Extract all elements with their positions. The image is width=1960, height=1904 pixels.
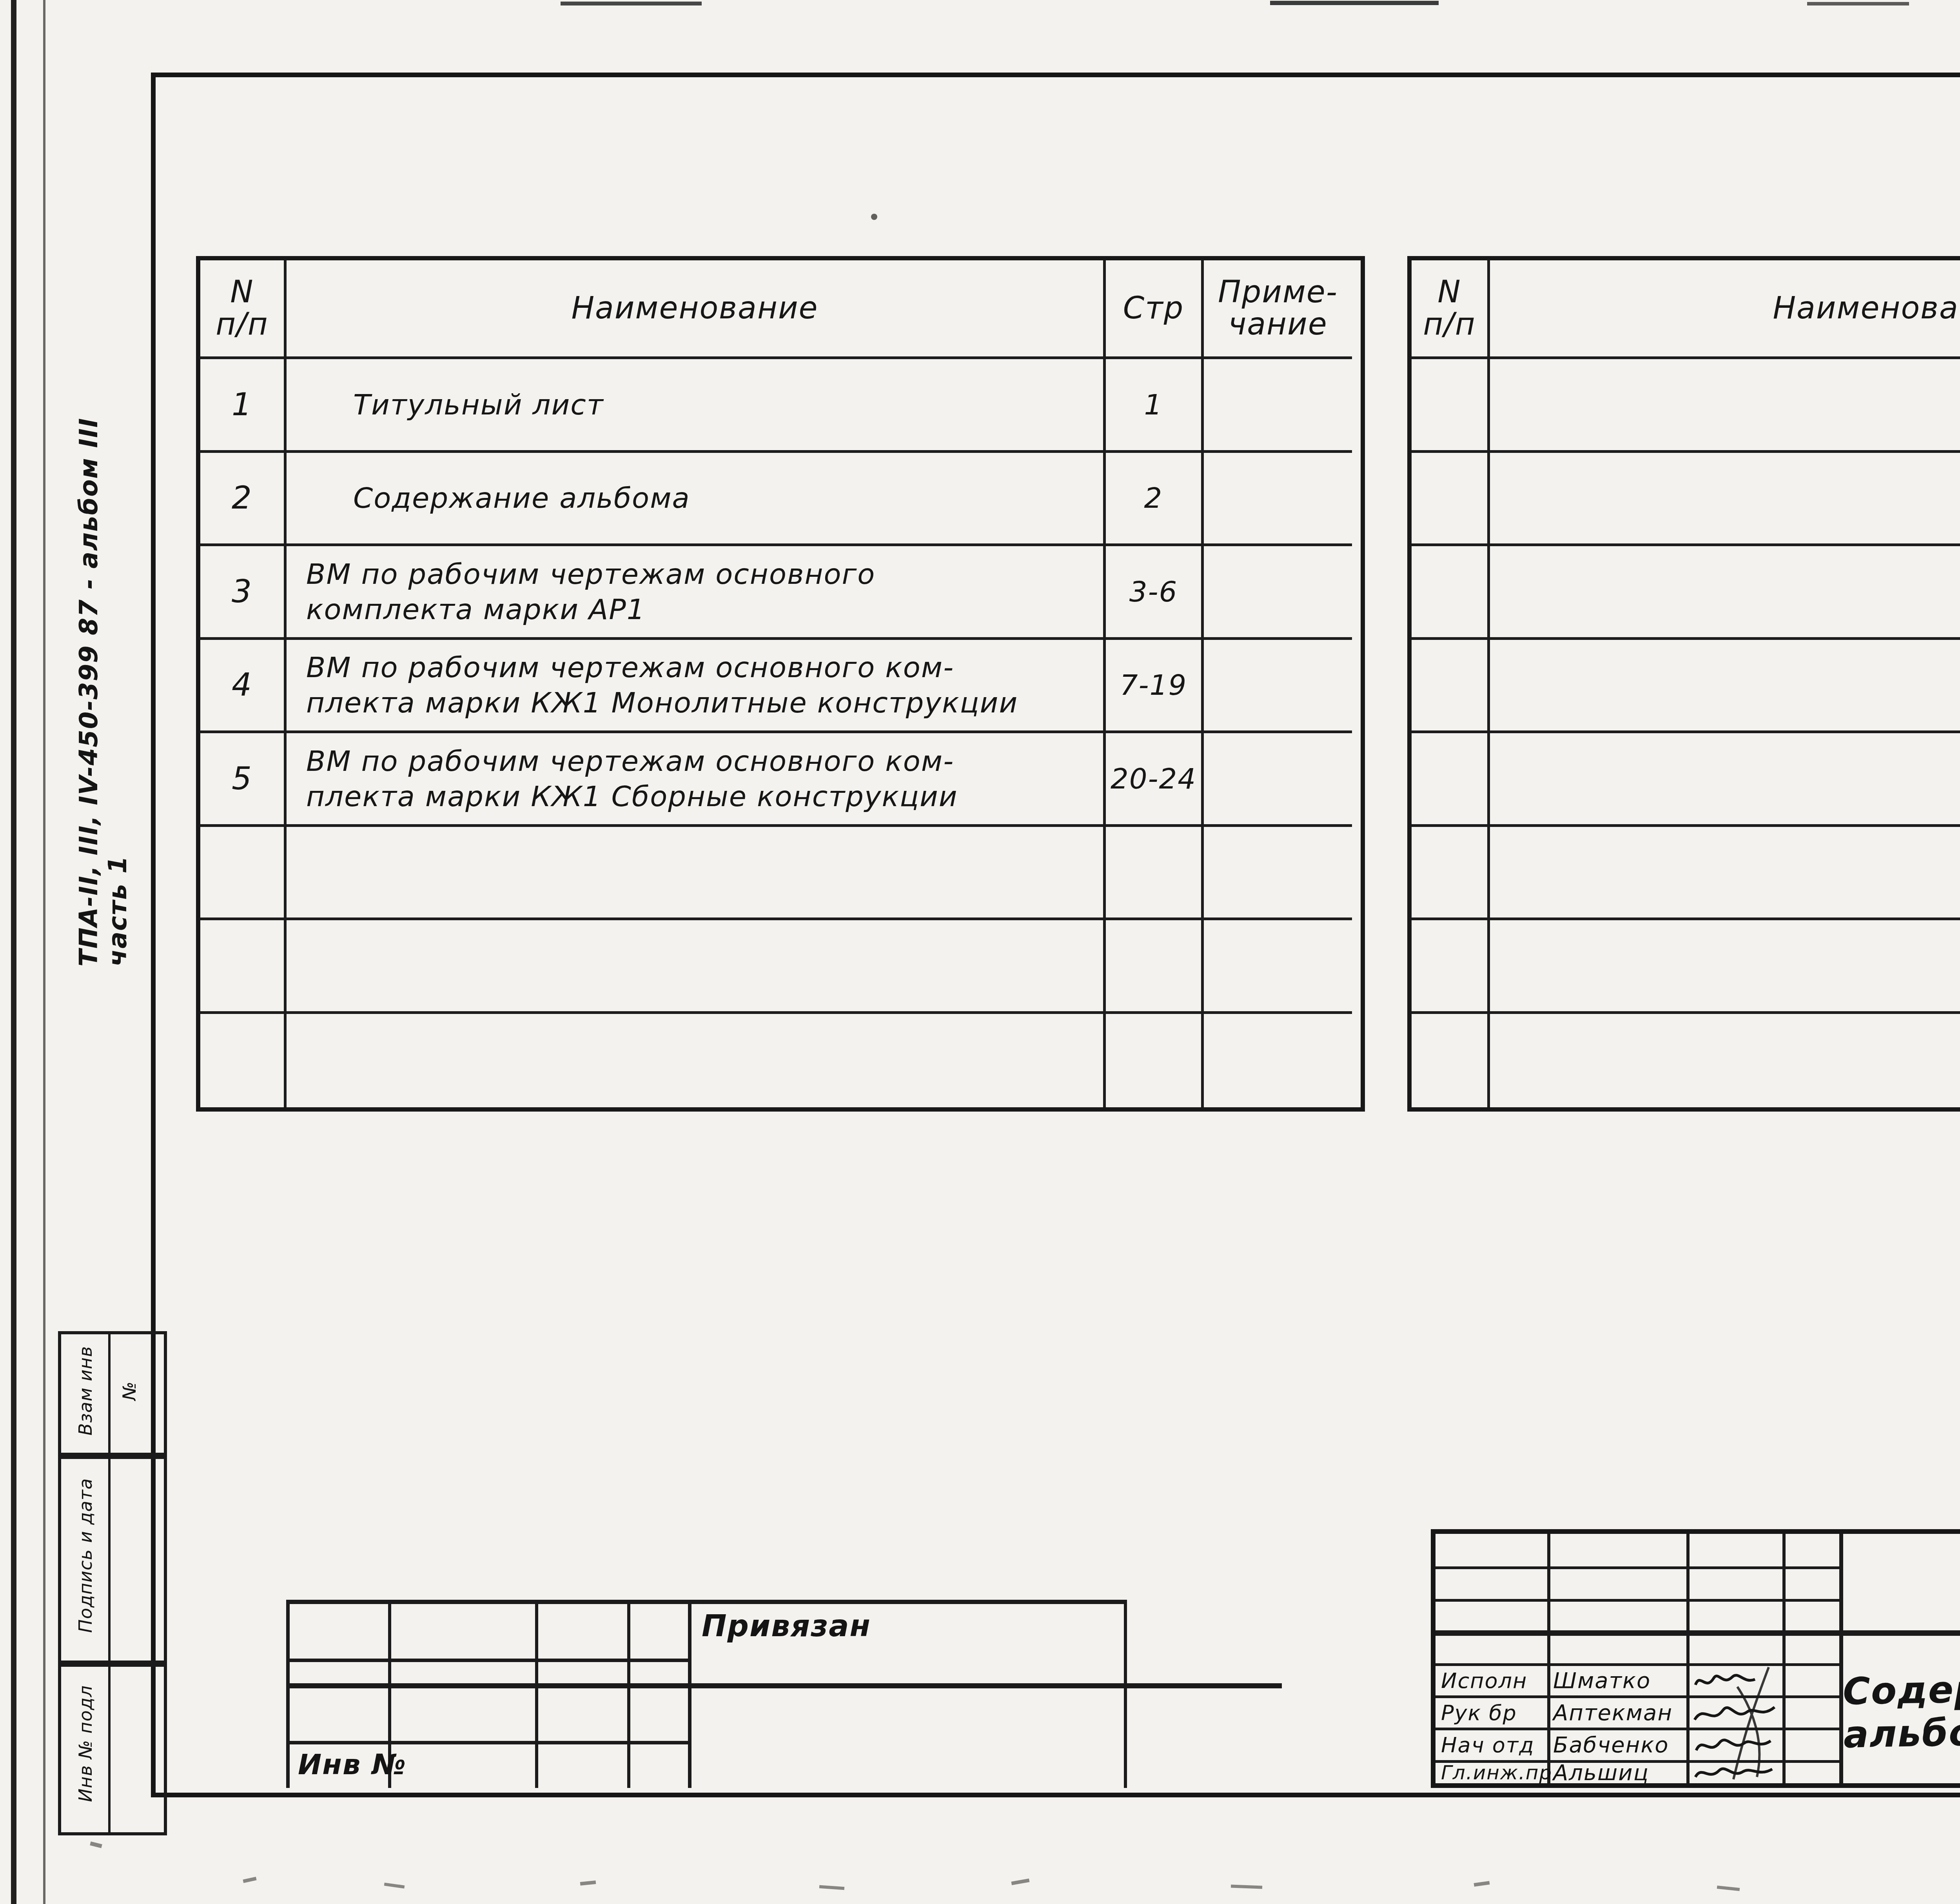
- row-name: Титульный лист: [287, 359, 1106, 453]
- empty-cell: [1490, 733, 1960, 827]
- header-num-line2: п/п: [216, 309, 268, 341]
- scan-bottom-tick-2: [384, 1882, 405, 1888]
- sign-role: Исполн: [1441, 1666, 1547, 1695]
- empty-cell: [1106, 827, 1204, 921]
- stamp-vzam-inv: Взам инв №: [58, 1331, 167, 1459]
- row-num: 5: [200, 733, 287, 827]
- scan-top-dash-2: [1270, 1, 1439, 5]
- tb-h2: [1436, 1599, 1843, 1602]
- scanned-drawing-sheet: 2 ТПА-II, III, IV-450-399 87 - альбом II…: [0, 0, 1960, 1904]
- row-page: 7-19: [1106, 640, 1204, 734]
- row-num: 3: [200, 546, 287, 640]
- binding-v4: [627, 1600, 630, 1788]
- row-note: [1204, 546, 1352, 640]
- header-note-line1: Приме-: [1218, 276, 1338, 309]
- scan-top-dash-3: [1807, 2, 1909, 5]
- header-num-line1: N: [230, 276, 254, 309]
- sign-name: Шматко: [1553, 1666, 1686, 1695]
- row-note: [1204, 453, 1352, 547]
- empty-cell: [1412, 827, 1490, 921]
- title-block: ТПА-II, III, IV-450-399 87 Содержание ал…: [1431, 1529, 1960, 1788]
- empty-cell: [200, 1014, 287, 1108]
- sign-name: Альшиц: [1553, 1762, 1686, 1783]
- empty-cell: [1490, 546, 1960, 640]
- binding-h2: [286, 1741, 691, 1744]
- signatures-flourish-icon: [1710, 1663, 1788, 1783]
- stamp-podpis-data: Подпись и дата: [58, 1453, 167, 1667]
- tb-v1: [1547, 1534, 1550, 1783]
- header-note-line2: чание: [1228, 309, 1328, 341]
- stamp-divider: [108, 1664, 111, 1832]
- binding-long-line: [286, 1683, 1282, 1688]
- scan-bottom-tick-3: [580, 1880, 596, 1886]
- header-num-line2: п/п: [1423, 309, 1475, 341]
- empty-cell: [1412, 920, 1490, 1014]
- row-name: ВМ по рабочим чертежам основного комплек…: [287, 546, 1106, 640]
- left-header-name: Наименование: [287, 260, 1106, 359]
- binding-v1: [286, 1600, 290, 1788]
- row-note: [1204, 640, 1352, 734]
- row-num: 4: [200, 640, 287, 734]
- stamp-inv-podl: Инв № подл: [58, 1661, 167, 1835]
- tb-v2: [1686, 1534, 1690, 1783]
- sign-role: Рук бр: [1441, 1698, 1547, 1728]
- empty-cell: [1412, 640, 1490, 734]
- doc-code: ТПА-II, III, IV-450-399 87: [1851, 1546, 1960, 1620]
- row-page: 1: [1106, 359, 1204, 453]
- inv-no-label: Инв №: [298, 1748, 407, 1781]
- empty-cell: [1490, 359, 1960, 453]
- scan-bottom-tick-7: [1474, 1881, 1490, 1886]
- empty-cell: [1490, 453, 1960, 547]
- row-page: 2: [1106, 453, 1204, 547]
- sign-role: Гл.инж.пр: [1441, 1762, 1547, 1783]
- right-header-num: N п/п: [1412, 260, 1490, 359]
- binding-top-line: [286, 1600, 1127, 1604]
- tb-h1: [1436, 1566, 1843, 1569]
- empty-cell: [200, 827, 287, 921]
- stamp-inv-podl-label: Инв № подл: [64, 1664, 107, 1824]
- empty-cell: [1490, 1014, 1960, 1108]
- row-name: Содержание альбома: [287, 453, 1106, 547]
- empty-cell: [200, 920, 287, 1014]
- scan-bottom-tick-12: [90, 1842, 102, 1848]
- sign-name: Аптекман: [1553, 1698, 1686, 1728]
- left-header-page: Стр: [1106, 260, 1204, 359]
- binding-block: Привязан Инв №: [286, 1600, 1127, 1788]
- empty-cell: [1490, 920, 1960, 1014]
- empty-cell: [1490, 827, 1960, 921]
- row-note: [1204, 733, 1352, 827]
- contents-table-right: N п/п Наименование Стр Приме- чание: [1407, 256, 1960, 1112]
- empty-cell: [1204, 920, 1352, 1014]
- row-num: 1: [200, 359, 287, 453]
- scan-bottom-tick-5: [1011, 1879, 1030, 1885]
- empty-cell: [287, 1014, 1106, 1108]
- privyazan-label: Привязан: [702, 1608, 871, 1643]
- row-page: 3-6: [1106, 546, 1204, 640]
- stamp-podpis-data-label: Подпись и дата: [64, 1456, 107, 1655]
- right-header-name: Наименование: [1490, 260, 1960, 359]
- empty-cell: [1412, 359, 1490, 453]
- empty-cell: [1106, 1014, 1204, 1108]
- empty-cell: [1412, 733, 1490, 827]
- contents-table-left: N п/п Наименование Стр Приме- чание 1 Ти…: [196, 256, 1365, 1112]
- left-header-num: N п/п: [200, 260, 287, 359]
- left-header-note: Приме- чание: [1204, 260, 1352, 359]
- row-name: ВМ по рабочим чертежам основного ком- пл…: [287, 640, 1106, 734]
- empty-cell: [287, 920, 1106, 1014]
- stamp-divider: [108, 1456, 111, 1664]
- empty-cell: [1106, 920, 1204, 1014]
- margin-rotated-title: ТПА-II, III, IV-450-399 87 - альбом III …: [74, 406, 118, 967]
- scan-top-dash-1: [561, 2, 702, 5]
- row-note: [1204, 359, 1352, 453]
- empty-cell: [1412, 1014, 1490, 1108]
- binding-h1: [286, 1659, 691, 1662]
- scan-bottom-tick-4: [819, 1885, 844, 1890]
- empty-cell: [1412, 453, 1490, 547]
- empty-cell: [1412, 546, 1490, 640]
- tb-thick-divider: [1436, 1630, 1960, 1636]
- scan-left-edge-line: [11, 0, 16, 1904]
- binding-v5: [688, 1600, 691, 1788]
- sign-name: Бабченко: [1553, 1730, 1686, 1760]
- header-num-line1: N: [1437, 276, 1461, 309]
- binding-v6: [1124, 1600, 1127, 1788]
- empty-cell: [1204, 827, 1352, 921]
- row-page: 20-24: [1106, 733, 1204, 827]
- scan-bottom-tick-6: [1231, 1885, 1262, 1889]
- scan-bottom-tick-8: [1717, 1886, 1740, 1891]
- stamp-vzam-inv-label: Взам инв №: [64, 1334, 151, 1447]
- empty-cell: [287, 827, 1106, 921]
- empty-cell: [1204, 1014, 1352, 1108]
- scan-bottom-tick-1: [243, 1877, 256, 1883]
- binding-v3: [535, 1600, 538, 1788]
- album-title: Содержание альбома: [1842, 1632, 1960, 1787]
- scan-left-inner-line: [43, 0, 45, 1904]
- sign-role: Нач отд: [1441, 1730, 1547, 1760]
- row-name: ВМ по рабочим чертежам основного ком- пл…: [287, 733, 1106, 827]
- row-num: 2: [200, 453, 287, 547]
- empty-cell: [1490, 640, 1960, 734]
